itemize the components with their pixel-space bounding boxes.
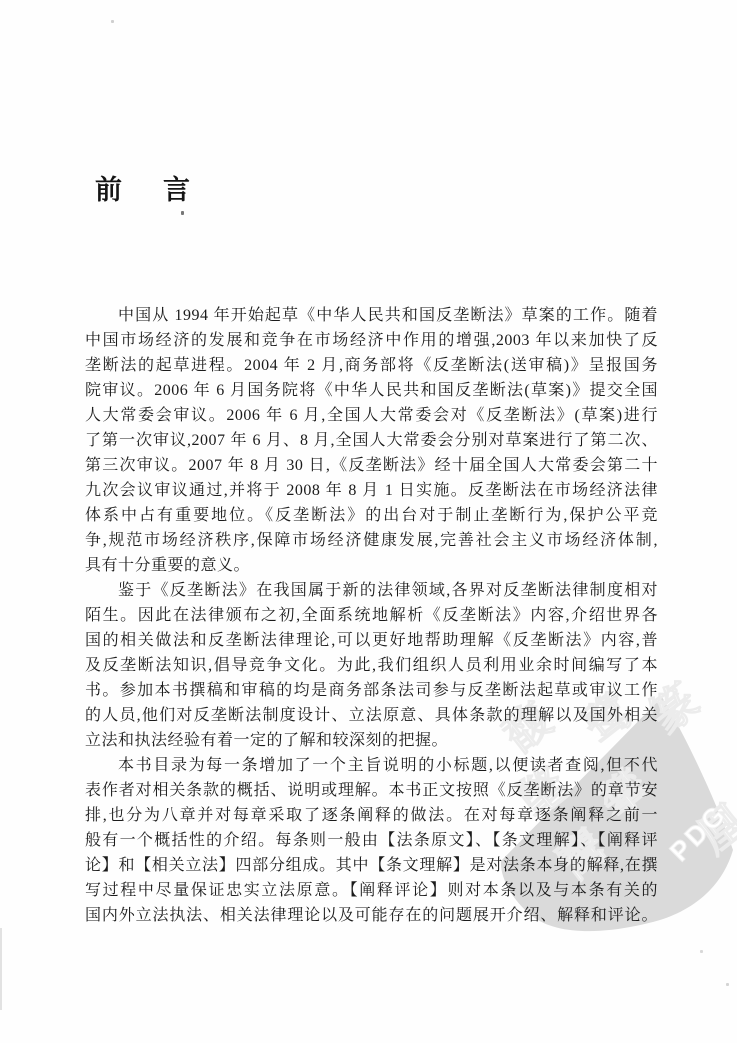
text-line: 具有十分重要的意义。 [85,553,658,578]
text-line: 人大常委会审议。2006 年 6 月,全国人大常委会对《反垄断法》(草案)进行 [85,403,658,428]
page-title-word: 言 [163,168,191,207]
scan-speck [700,950,703,953]
text-line: 中国市场经济的发展和竞争在市场经济中作用的增强,2003 年以来加快了反 [85,328,658,353]
text-line: 国内外立法执法、相关法律理论以及可能存在的问题展开介绍、解释和评论。 [85,903,658,928]
scanned-book-page: 馥鹭篆氅攀凰鬻 PDG 前 言 中国从 1994 年开始起草《中华人民共和国反垄… [0,0,737,1043]
text-line: 争,规范市场经济秩序,保障市场经济健康发展,完善社会主义市场经济体制, [85,528,658,553]
text-line: 书。参加本书撰稿和审稿的均是商务部条法司参与反垄断法起草或审议工作 [85,678,658,703]
page-title: 前 言 [95,168,191,207]
paragraph: 中国从 1994 年开始起草《中华人民共和国反垄断法》草案的工作。随着中国市场经… [85,303,658,578]
preface-text: 中国从 1994 年开始起草《中华人民共和国反垄断法》草案的工作。随着中国市场经… [85,303,658,928]
text-line: 院审议。2006 年 6 月国务院将《中华人民共和国反垄断法(草案)》提交全国 [85,378,658,403]
text-line: 九次会议审议通过,并将于 2008 年 8 月 1 日实施。反垄断法在市场经济法… [85,478,658,503]
text-line: 论】和【相关立法】四部分组成。其中【条文理解】是对法条本身的解释,在撰 [85,853,658,878]
text-line: 表作者对相关条款的概括、说明或理解。本书正文按照《反垄断法》的章节安 [85,778,658,803]
text-line: 垄断法的起草进程。2004 年 2 月,商务部将《反垄断法(送审稿)》呈报国务 [85,353,658,378]
text-line: 立法和执法经验有着一定的了解和较深刻的把握。 [85,728,658,753]
text-line: 及反垄断法知识,倡导竞争文化。为此,我们组织人员利用业余时间编写了本 [85,653,658,678]
scan-speck [181,211,184,215]
scan-edge-artifact [0,928,2,1010]
paragraph: 本书目录为每一条增加了一个主旨说明的小标题,以便读者查阅,但不代表作者对相关条款… [85,753,658,928]
text-line: 了第一次审议,2007 年 6 月、8 月,全国人大常委会分别对草案进行了第二次… [85,428,658,453]
text-line: 写过程中尽量保证忠实立法原意。【阐释评论】则对本条以及与本条有关的 [85,878,658,903]
text-line: 鉴于《反垄断法》在我国属于新的法律领域,各界对反垄断法律制度相对 [85,578,658,603]
text-line: 本书目录为每一条增加了一个主旨说明的小标题,以便读者查阅,但不代 [85,753,658,778]
text-line: 般有一个概括性的介绍。每条则一般由【法条原文】、【条文理解】、【阐释评 [85,828,658,853]
text-line: 国的相关做法和反垄断法律理论,可以更好地帮助理解《反垄断法》内容,普 [85,628,658,653]
text-line: 的人员,他们对反垄断法制度设计、立法原意、具体条款的理解以及国外相关 [85,703,658,728]
text-line: 中国从 1994 年开始起草《中华人民共和国反垄断法》草案的工作。随着 [85,303,658,328]
text-line: 第三次审议。2007 年 8 月 30 日,《反垄断法》经十届全国人大常委会第二… [85,453,658,478]
text-line: 陌生。因此在法律颁布之初,全面系统地解析《反垄断法》内容,介绍世界各 [85,603,658,628]
text-line: 排,也分为八章并对每章采取了逐条阐释的做法。在对每章逐条阐释之前一 [85,803,658,828]
page-title-word: 前 [95,168,123,207]
scan-speck [111,20,114,23]
text-line: 体系中占有重要地位。《反垄断法》的出台对于制止垄断行为,保护公平竞 [85,503,658,528]
scan-speck [726,983,729,986]
paragraph: 鉴于《反垄断法》在我国属于新的法律领域,各界对反垄断法律制度相对陌生。因此在法律… [85,578,658,753]
